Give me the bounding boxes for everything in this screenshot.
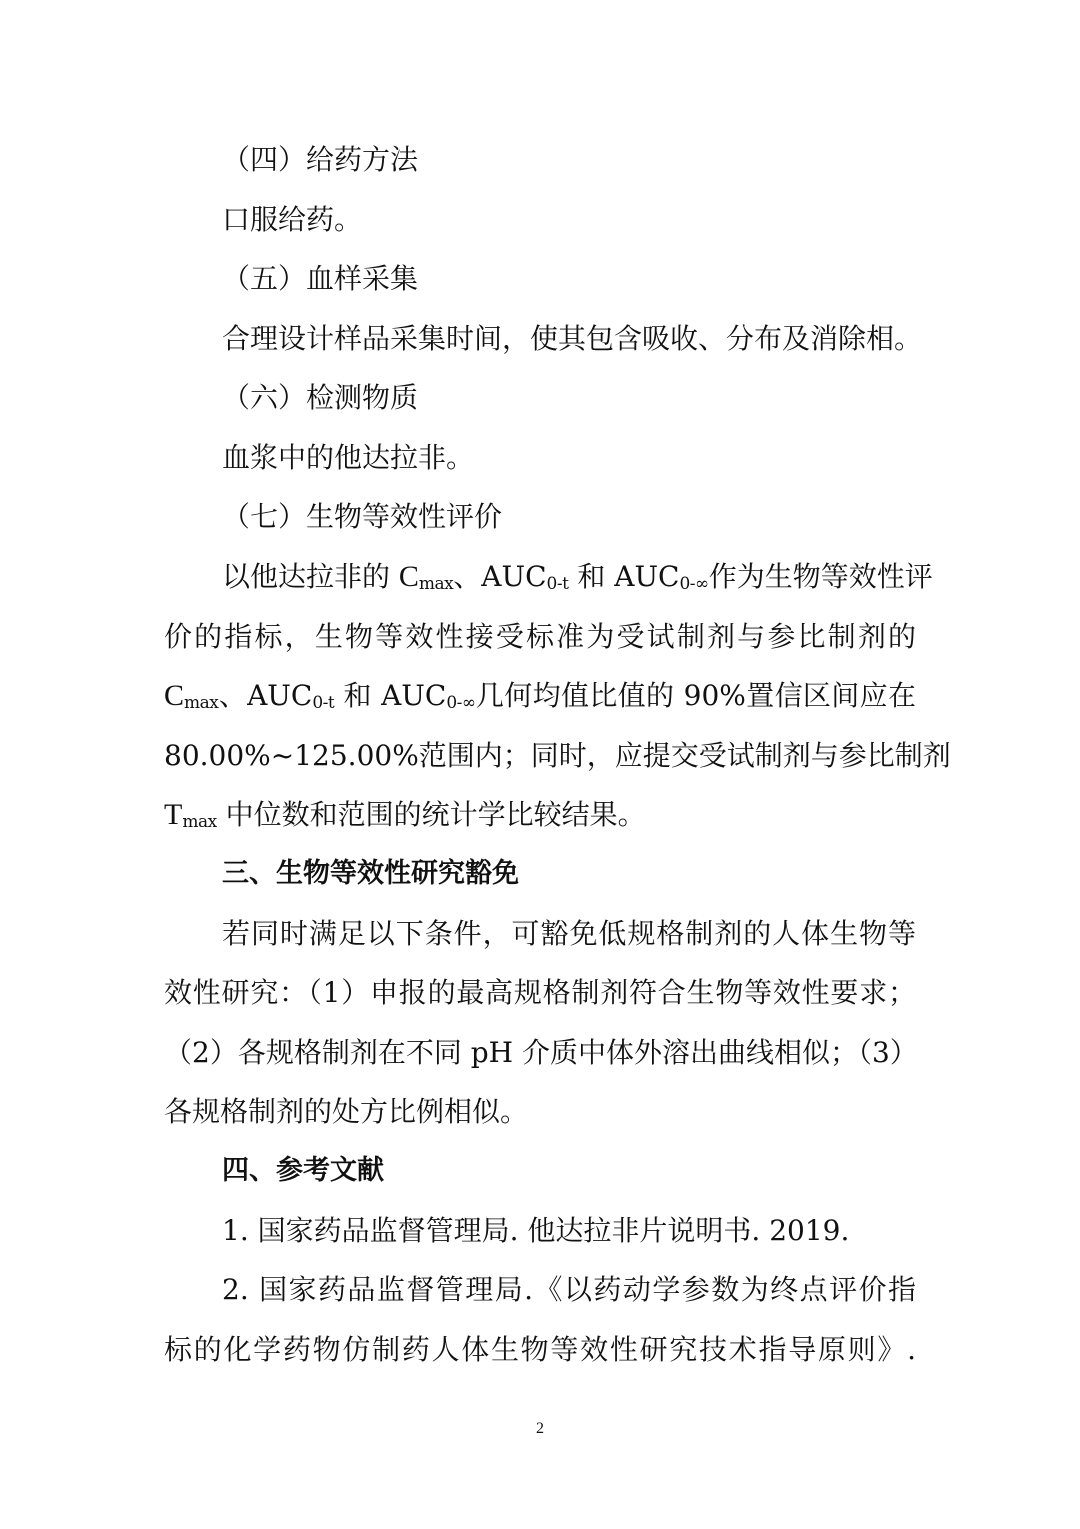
text-segment: 几何均值比值的 90%置信区间应在 <box>476 679 916 712</box>
section-body-4: 口服给药。 <box>222 202 362 238</box>
cmax-symbol: C <box>164 679 184 712</box>
text-segment: 、AUC <box>453 560 546 593</box>
cmax-subscript: max <box>419 574 453 594</box>
section-7-paragraph-line-3: Cmax、AUC0-t 和 AUC0-∞几何均值比值的 90%置信区间应在 <box>164 678 916 721</box>
text-segment: 以他达拉非的 <box>222 560 399 593</box>
auc-0t-subscript: 0-t <box>312 693 334 713</box>
text-segment: 和 AUC <box>334 679 446 712</box>
section-body-5: 合理设计样品采集时间，使其包含吸收、分布及消除相。 <box>222 321 922 357</box>
section-3-line-4: 各规格制剂的处方比例相似。 <box>164 1094 916 1130</box>
text-segment: 和 AUC <box>568 560 679 593</box>
section-7-paragraph-line-4: 80.00%~125.00%范围内；同时，应提交受试制剂与参比制剂 <box>164 738 916 774</box>
section-heading-4: （四）给药方法 <box>222 142 418 178</box>
chapter-heading-3: 三、生物等效性研究豁免 <box>222 856 519 892</box>
reference-1: 1. 国家药品监督管理局. 他达拉非片说明书. 2019. <box>222 1213 849 1249</box>
cmax-subscript: max <box>184 693 218 713</box>
auc-0inf-subscript: 0-∞ <box>679 574 708 594</box>
section-body-6: 血浆中的他达拉非。 <box>222 440 474 476</box>
section-3-line-3: （2）各规格制剂在不同 pH 介质中体外溶出曲线相似；（3） <box>164 1035 916 1071</box>
section-heading-7: （七）生物等效性评价 <box>222 499 502 535</box>
text-segment: 中位数和范围的统计学比较结果。 <box>217 798 646 831</box>
reference-2-line-2: 标的化学药物仿制药人体生物等效性研究技术指导原则》. <box>164 1332 916 1368</box>
auc-0t-subscript: 0-t <box>547 574 569 594</box>
page-number: 2 <box>0 1420 1080 1438</box>
cmax-symbol: C <box>399 560 419 593</box>
section-3-line-2: 效性研究：（1）申报的最高规格制剂符合生物等效性要求； <box>164 975 916 1011</box>
section-heading-6: （六）检测物质 <box>222 380 418 416</box>
section-7-paragraph-line-2: 价的指标，生物等效性接受标准为受试制剂与参比制剂的 <box>164 619 916 655</box>
reference-2-line-1: 2. 国家药品监督管理局.《以药动学参数为终点评价指 <box>222 1272 916 1308</box>
auc-0inf-subscript: 0-∞ <box>446 693 475 713</box>
tmax-subscript: max <box>182 812 216 832</box>
section-7-paragraph-line-1: 以他达拉非的 Cmax、AUC0-t 和 AUC0-∞作为生物等效性评 <box>222 559 916 602</box>
tmax-symbol: T <box>164 798 182 831</box>
section-7-paragraph-line-5: Tmax 中位数和范围的统计学比较结果。 <box>164 797 916 840</box>
chapter-heading-4: 四、参考文献 <box>222 1153 384 1189</box>
section-3-line-1: 若同时满足以下条件，可豁免低规格制剂的人体生物等 <box>222 916 916 952</box>
text-segment: 、AUC <box>218 679 312 712</box>
text-segment: 作为生物等效性评 <box>709 560 933 593</box>
section-heading-5: （五）血样采集 <box>222 261 418 297</box>
